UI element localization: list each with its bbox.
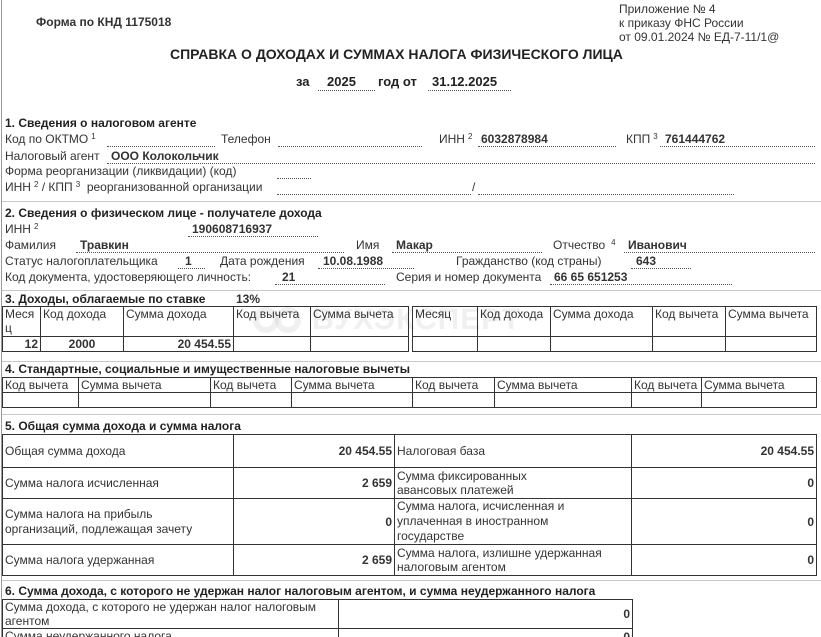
- agent-label: Налоговый агент: [5, 149, 100, 163]
- agent-kpp-label-text: КПП: [626, 132, 650, 146]
- doc-code-value: 21: [282, 270, 295, 284]
- for-label: за: [296, 74, 310, 89]
- income-code-cell: [478, 337, 551, 352]
- deduction-code-cell: [211, 393, 292, 408]
- birth-value: 10.08.1988: [323, 254, 383, 268]
- column-header: Сумма вычета: [311, 307, 409, 337]
- tax-base-label: Налоговая база: [395, 435, 632, 468]
- month-cell: [413, 337, 478, 352]
- reorg-kpp-field[interactable]: [478, 194, 734, 195]
- footnote-ref: 4: [611, 238, 615, 247]
- unwithheld-income-label: Сумма дохода, с которого не удержан нало…: [3, 600, 339, 629]
- reorg-inn-field[interactable]: [277, 194, 471, 195]
- unwithheld-table: Сумма дохода, с которого не удержан нало…: [2, 599, 633, 637]
- form-code: Форма по КНД 1175018: [36, 15, 171, 29]
- name-underline: [392, 252, 542, 253]
- reorg-inn-label: ИНН: [5, 180, 31, 194]
- column-header: Месяц: [3, 307, 41, 337]
- date-value: 31.12.2025: [432, 74, 497, 89]
- section-separator: [2, 414, 821, 415]
- column-header: Код вычета: [653, 307, 726, 337]
- section-separator: [2, 290, 821, 291]
- table-row: Сумма налога исчисленная 2 659 Сумма фик…: [3, 468, 817, 499]
- person-inn-underline: [188, 236, 318, 237]
- date-underline: [428, 90, 511, 91]
- document-title: СПРАВКА О ДОХОДАХ И СУММАХ НАЛОГА ФИЗИЧЕ…: [170, 46, 623, 62]
- section1-title: 1. Сведения о налоговом агенте: [5, 116, 196, 130]
- column-header: Сумма вычета: [292, 378, 413, 393]
- appendix-line: от 09.01.2024 № ЕД-7-11/1@: [619, 30, 779, 44]
- section-separator: [2, 580, 821, 581]
- table-row: Сумма налога на прибыль организаций, под…: [3, 499, 817, 545]
- deduction-amount-cell: [292, 393, 413, 408]
- phone-field[interactable]: [278, 146, 422, 147]
- section5-title: 5. Общая сумма дохода и сумма налога: [5, 419, 241, 433]
- income-code-cell: 2000: [41, 337, 124, 352]
- surname-label: Фамилия: [5, 238, 56, 252]
- citizenship-value: 643: [636, 254, 656, 268]
- deduction-amount-cell: [495, 393, 632, 408]
- agent-kpp-value: 761444762: [665, 132, 725, 146]
- name-label: Имя: [356, 238, 379, 252]
- total-income-label: Общая сумма дохода: [3, 435, 234, 468]
- deduction-code-cell: [653, 337, 726, 352]
- birth-underline: [318, 268, 414, 269]
- agent-kpp-label: КПП3: [626, 132, 658, 146]
- excess-withheld-value: 0: [632, 545, 817, 576]
- fixed-advance-value: 0: [632, 468, 817, 499]
- agent-inn-underline: [478, 146, 616, 147]
- section6-title: 6. Сумма дохода, с которого не удержан н…: [5, 584, 595, 598]
- reorg-inn-kpp-label: ИНН2 / КПП3 реорганизованной организации: [5, 180, 262, 194]
- footnote-ref: 3: [76, 180, 80, 189]
- deduction-code-cell: [234, 337, 311, 352]
- income-amount-cell: 20 454.55: [124, 337, 234, 352]
- patronymic-label: Отчество4: [553, 238, 616, 252]
- name-value: Макар: [396, 238, 433, 252]
- section4-title: 4. Стандартные, социальные и имущественн…: [5, 362, 410, 376]
- birth-label: Дата рождения: [220, 254, 305, 268]
- foreign-tax-value: 0: [632, 499, 817, 545]
- deduction-amount-cell: [702, 393, 817, 408]
- year-underline: [318, 90, 375, 91]
- doc-number-label: Серия и номер документа: [396, 270, 541, 284]
- table-row: Сумма неудержанного налога 0: [3, 629, 633, 637]
- excess-withheld-label: Сумма налога, излишне удержанная налогов…: [395, 545, 632, 576]
- unwithheld-income-value: 0: [339, 600, 633, 629]
- footnote-ref: 1: [91, 132, 95, 141]
- income-amount-cell: [551, 337, 653, 352]
- section-separator: [2, 201, 821, 202]
- doc-code-underline: [275, 284, 385, 285]
- appendix-line: к приказу ФНС России: [619, 16, 779, 30]
- phone-label: Телефон: [221, 132, 271, 146]
- unwithheld-tax-label: Сумма неудержанного налога: [3, 629, 339, 637]
- reorg-kpp-label: / КПП: [42, 180, 73, 194]
- patronymic-value: Иванович: [628, 238, 687, 252]
- person-inn-label-text: ИНН: [5, 222, 31, 236]
- agent-inn-label: ИНН2: [439, 132, 472, 146]
- column-header: Код вычета: [3, 378, 79, 393]
- column-header: Код вычета: [211, 378, 292, 393]
- column-header: Код вычета: [413, 378, 495, 393]
- table-row: Сумма дохода, с которого не удержан нало…: [3, 600, 633, 629]
- tax-base-value: 20 454.55: [632, 435, 817, 468]
- appendix-note: Приложение № 4 к приказу ФНС России от 0…: [619, 2, 779, 44]
- year-value: 2025: [327, 74, 356, 89]
- income-table-right: Месяц Код дохода Сумма дохода Код вычета…: [412, 306, 817, 352]
- totals-table: Общая сумма дохода 20 454.55 Налоговая б…: [2, 434, 817, 576]
- tax-calculated-label: Сумма налога исчисленная: [3, 468, 234, 499]
- surname-underline: [76, 252, 344, 253]
- agent-name: ООО Колокольчик: [111, 149, 219, 163]
- column-header: Сумма дохода: [124, 307, 234, 337]
- footnote-ref: 3: [653, 132, 657, 141]
- fixed-advance-label: Сумма фиксированных авансовых платежей: [395, 468, 632, 499]
- month-cell: 12: [3, 337, 41, 352]
- profit-tax-offset-label: Сумма налога на прибыль организаций, под…: [3, 499, 234, 545]
- footnote-ref: 2: [468, 132, 472, 141]
- deduction-amount-cell: [726, 337, 817, 352]
- doc-number-underline: [550, 284, 732, 285]
- tax-withheld-label: Сумма налога удержанная: [3, 545, 234, 576]
- profit-tax-offset-value: 0: [234, 499, 395, 545]
- table-row: Сумма налога удержанная 2 659 Сумма нало…: [3, 545, 817, 576]
- reorg-org-label: реорганизованной организации: [87, 180, 263, 194]
- agent-kpp-underline: [660, 146, 815, 147]
- agent-inn-value: 6032878984: [481, 132, 548, 146]
- deduction-code-cell: [632, 393, 702, 408]
- citizenship-label: Гражданство (код страны): [456, 254, 601, 268]
- column-header: Сумма вычета: [79, 378, 211, 393]
- deduction-amount-cell: [311, 337, 409, 352]
- table-row: Общая сумма дохода 20 454.55 Налоговая б…: [3, 435, 817, 468]
- surname-value: Травкин: [80, 238, 129, 252]
- table-row: [3, 393, 817, 408]
- column-header: Сумма вычета: [702, 378, 817, 393]
- status-value: 1: [185, 254, 192, 268]
- table-row: 12 2000 20 454.55: [3, 337, 409, 352]
- status-underline: [178, 268, 205, 269]
- year-from-label: год от: [378, 74, 417, 89]
- citizenship-underline: [631, 268, 691, 269]
- reorg-form-label: Форма реорганизации (ликвидации) (код): [5, 164, 236, 178]
- tax-calculated-value: 2 659: [234, 468, 395, 499]
- patronymic-underline: [624, 252, 815, 253]
- deduction-code-cell: [413, 393, 495, 408]
- total-income-value: 20 454.55: [234, 435, 395, 468]
- section2-title: 2. Сведения о физическом лице - получате…: [5, 206, 322, 220]
- column-header: Сумма вычета: [726, 307, 817, 337]
- footnote-ref: 2: [34, 222, 38, 231]
- appendix-line: Приложение № 4: [619, 2, 779, 16]
- column-header: Код вычета: [234, 307, 311, 337]
- tax-rate: 13%: [236, 292, 260, 306]
- doc-number-value: 66 65 651253: [554, 270, 627, 284]
- deduction-code-cell: [3, 393, 79, 408]
- foreign-tax-label: Сумма налога, исчисленная и уплаченная в…: [395, 499, 632, 545]
- person-inn-value: 190608716937: [192, 222, 272, 236]
- agent-inn-label-text: ИНН: [439, 132, 465, 146]
- footnote-ref: 2: [34, 180, 38, 189]
- column-header: Сумма вычета: [495, 378, 632, 393]
- person-inn-label: ИНН2: [5, 222, 38, 236]
- column-header: Код дохода: [478, 307, 551, 337]
- column-header: Сумма дохода: [551, 307, 653, 337]
- unwithheld-tax-value: 0: [339, 629, 633, 637]
- deduction-amount-cell: [79, 393, 211, 408]
- table-row: [413, 337, 817, 352]
- column-header: Код дохода: [41, 307, 124, 337]
- column-header: Код вычета: [632, 378, 702, 393]
- status-label: Статус налогоплательщика: [5, 254, 158, 268]
- oktmo-field[interactable]: [107, 146, 215, 147]
- patronymic-label-text: Отчество: [553, 238, 605, 252]
- oktmo-label: Код по ОКТМО1: [5, 132, 96, 146]
- income-table-left: Месяц Код дохода Сумма дохода Код вычета…: [2, 306, 409, 352]
- column-header: Месяц: [413, 307, 478, 337]
- section3-title: 3. Доходы, облагаемые по ставке: [5, 292, 205, 306]
- tax-withheld-value: 2 659: [234, 545, 395, 576]
- slash: /: [472, 180, 475, 194]
- deductions-table: Код вычета Сумма вычета Код вычета Сумма…: [2, 377, 817, 408]
- reorg-form-field[interactable]: [277, 178, 311, 179]
- doc-code-label: Код документа, удостоверяющего личность:: [5, 270, 251, 284]
- oktmo-label-text: Код по ОКТМО: [5, 132, 88, 146]
